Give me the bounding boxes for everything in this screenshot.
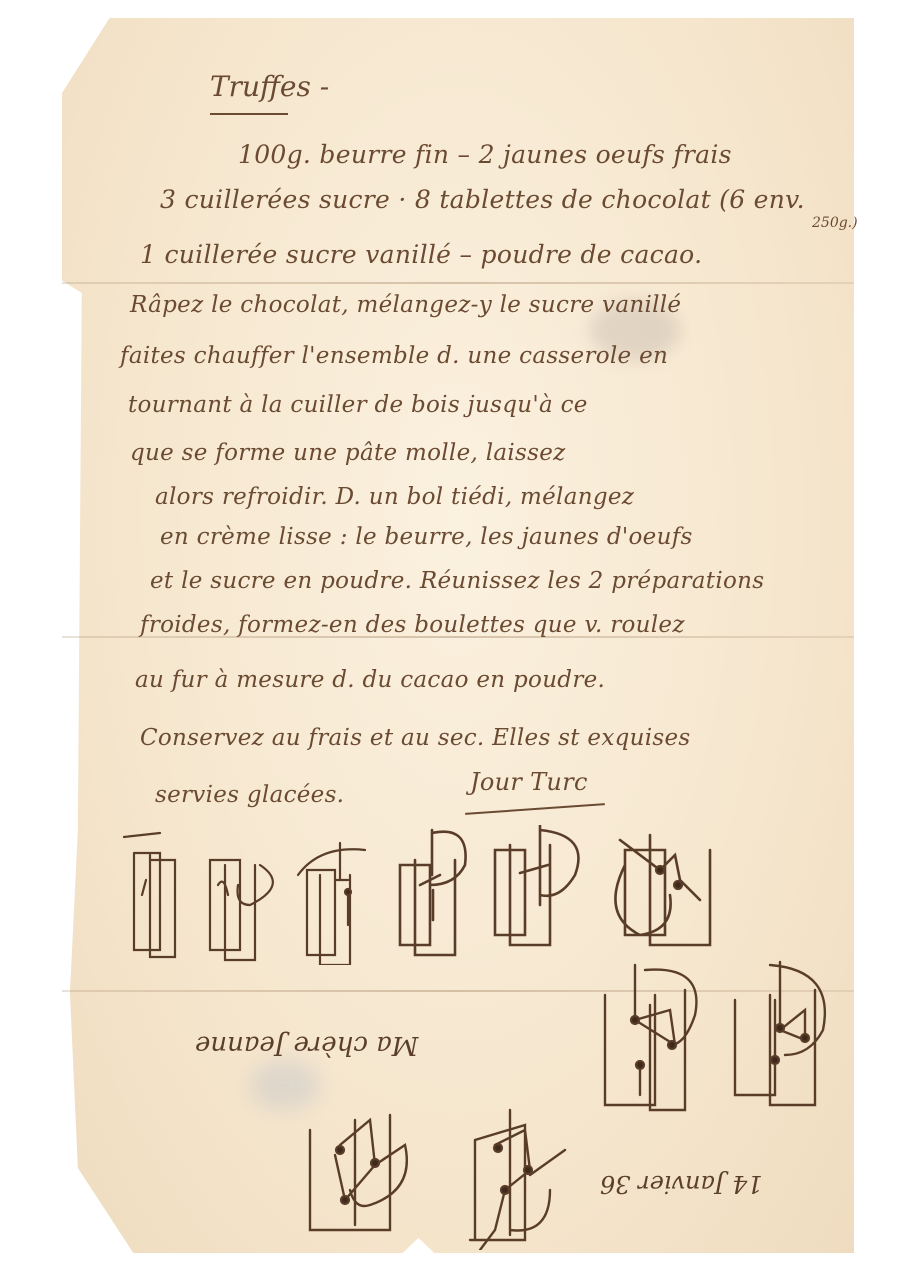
instruction-line: Conservez au frais et au sec. Elles st e… <box>140 725 691 751</box>
sketch-row-3 <box>300 1100 600 1250</box>
instruction-line: tournant à la cuiller de bois jusqu'à ce <box>128 392 588 418</box>
title-underline <box>210 113 288 115</box>
ingredient-line-3: 1 cuillerée sucre vanillé – poudre de ca… <box>140 240 702 269</box>
instruction-line: Râpez le chocolat, mélangez-y le sucre v… <box>130 292 681 318</box>
ingredient-note: 250g.) <box>812 215 858 231</box>
upside-down-greeting: Ma chère Jeanne <box>195 1030 418 1060</box>
sketch-row-2 <box>595 950 855 1120</box>
signature: Jour Turc <box>470 768 588 796</box>
sketch-row-1 <box>120 825 720 965</box>
instruction-line: alors refroidir. D. un bol tiédi, mélang… <box>155 484 634 510</box>
instruction-line: et le sucre en poudre. Réunissez les 2 p… <box>150 568 764 594</box>
instruction-line: que se forme une pâte molle, laissez <box>130 440 566 466</box>
instruction-line: au fur à mesure d. du cacao en poudre. <box>135 667 605 693</box>
instruction-line: en crème lisse : le beurre, les jaunes d… <box>160 524 693 550</box>
instruction-line: froides, formez-en des boulettes que v. … <box>140 612 685 638</box>
instruction-line: faites chauffer l'ensemble d. une casser… <box>120 343 668 369</box>
instruction-line: servies glacées. <box>155 782 344 808</box>
ingredient-line-2: 3 cuillerées sucre · 8 tablettes de choc… <box>160 185 805 214</box>
ingredient-line-1: 100g. beurre fin – 2 jaunes oeufs frais <box>238 140 732 169</box>
fold-line <box>62 282 854 284</box>
upside-down-date: 14 Janvier 36 <box>600 1170 763 1198</box>
recipe-title: Truffes - <box>210 70 329 103</box>
